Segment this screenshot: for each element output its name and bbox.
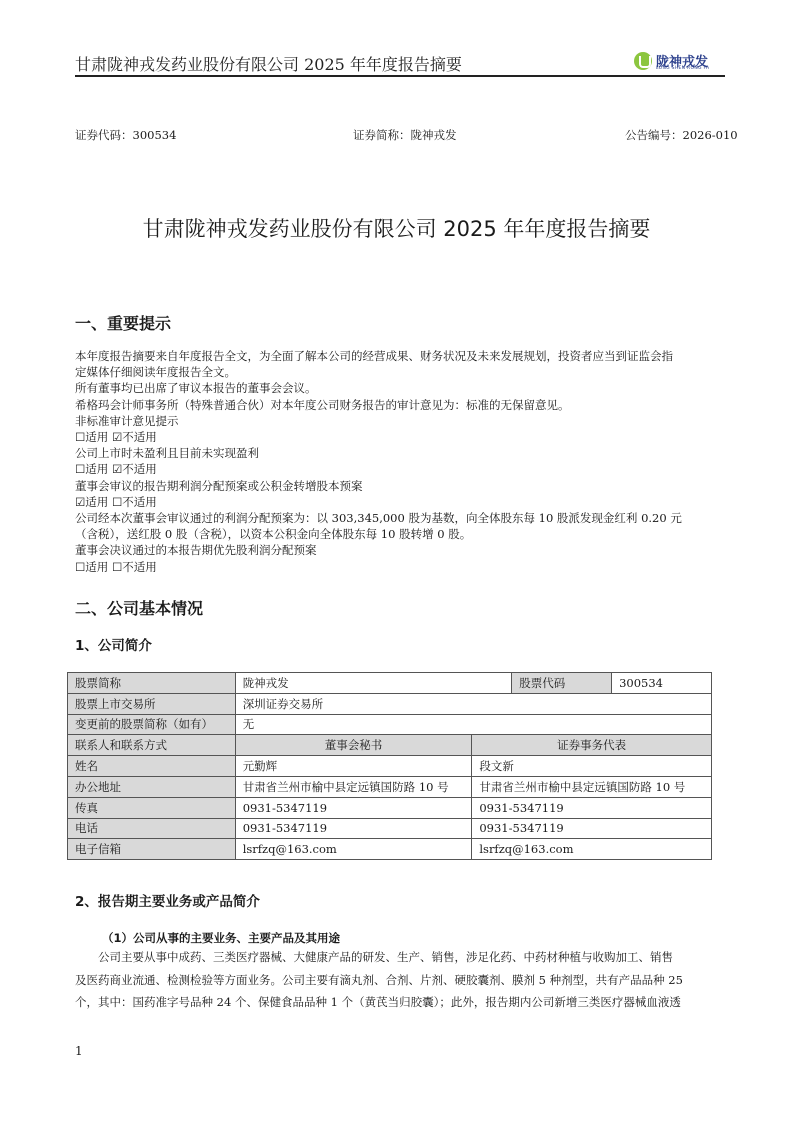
notice-line: 定媒体仔细阅读年度报告全文。 <box>75 364 720 380</box>
table-cell: 甘肃省兰州市榆中县定远镇国防路 10 号 <box>472 776 712 797</box>
table-label: 股票简称 <box>68 673 236 694</box>
section-company-basics-heading: 二、公司基本情况 <box>75 596 203 619</box>
table-row: 变更前的股票简称（如有） 无 <box>68 714 712 735</box>
section-important-notice-heading: 一、重要提示 <box>75 311 171 334</box>
table-cell: 段文新 <box>472 756 712 777</box>
body-line: 公司主要从事中成药、三类医疗器械、大健康产品的研发、生产、销售，涉足化药、中药材… <box>75 946 715 969</box>
table-row: 传真 0931-5347119 0931-5347119 <box>68 797 712 818</box>
table-row: 电子信箱 lsrfzq@163.com lsrfzq@163.com <box>68 839 712 860</box>
table-row: 股票简称 陇神戎发 股票代码 300534 <box>68 673 712 694</box>
table-label: 传真 <box>68 797 236 818</box>
notice-line: 公司经本次董事会审议通过的利润分配预案为：以 303,345,000 股为基数，… <box>75 510 720 526</box>
company-logo: 陇神戎发 LONG SHEN RONG FA <box>634 51 726 73</box>
main-business-subheading: （1）公司从事的主要业务、主要产品及其用途 <box>102 930 340 946</box>
notice-line: 所有董事均已出席了审议本报告的董事会会议。 <box>75 380 720 396</box>
table-cell: 0931-5347119 <box>235 797 472 818</box>
important-notice-body: 本年度报告摘要来自年度报告全文，为全面了解本公司的经营成果、财务状况及未来发展规… <box>75 348 720 575</box>
table-label: 股票上市交易所 <box>68 693 236 714</box>
checkbox-line: ☑适用 ☐不适用 <box>75 494 720 510</box>
main-business-body: 公司主要从事中成药、三类医疗器械、大健康产品的研发、生产、销售，涉足化药、中药材… <box>75 946 715 1014</box>
table-cell: 元勤辉 <box>235 756 472 777</box>
table-label: 办公地址 <box>68 776 236 797</box>
table-cell: 陇神戎发 <box>235 673 512 694</box>
table-label: 联系人和联系方式 <box>68 735 236 756</box>
page-number: 1 <box>75 1044 83 1058</box>
announcement-number: 公告编号：2026-010 <box>625 127 738 143</box>
body-line: 及医药商业流通、检测检验等方面业务。公司主要有滴丸剂、合剂、片剂、硬胶囊剂、膜剂… <box>75 969 715 992</box>
logo-mark-icon <box>634 52 652 70</box>
notice-line: 希格玛会计师事务所（特殊普通合伙）对本年度公司财务报告的审计意见为：标准的无保留… <box>75 397 720 413</box>
table-label: 电子信箱 <box>68 839 236 860</box>
table-cell: lsrfzq@163.com <box>472 839 712 860</box>
table-column-header: 董事会秘书 <box>235 735 472 756</box>
notice-line: 公司上市时未盈利且目前未实现盈利 <box>75 445 720 461</box>
table-cell: 甘肃省兰州市榆中县定远镇国防路 10 号 <box>235 776 472 797</box>
table-label: 股票代码 <box>512 673 612 694</box>
table-cell: lsrfzq@163.com <box>235 839 472 860</box>
table-cell: 300534 <box>612 673 712 694</box>
logo-text-en: LONG SHEN RONG FA <box>656 66 709 71</box>
table-cell: 0931-5347119 <box>472 797 712 818</box>
table-cell: 0931-5347119 <box>235 818 472 839</box>
notice-line: 本年度报告摘要来自年度报告全文，为全面了解本公司的经营成果、财务状况及未来发展规… <box>75 348 720 364</box>
main-business-heading: 2、报告期主要业务或产品简介 <box>75 890 260 910</box>
company-profile-heading: 1、公司简介 <box>75 634 152 654</box>
table-row: 办公地址 甘肃省兰州市榆中县定远镇国防路 10 号 甘肃省兰州市榆中县定远镇国防… <box>68 776 712 797</box>
table-cell: 0931-5347119 <box>472 818 712 839</box>
table-label: 变更前的股票简称（如有） <box>68 714 236 735</box>
table-row: 姓名 元勤辉 段文新 <box>68 756 712 777</box>
notice-line: 董事会决议通过的本报告期优先股利润分配预案 <box>75 542 720 558</box>
table-label: 姓名 <box>68 756 236 777</box>
checkbox-line: ☐适用 ☐不适用 <box>75 559 720 575</box>
table-row: 股票上市交易所 深圳证券交易所 <box>68 693 712 714</box>
notice-line: 非标准审计意见提示 <box>75 413 720 429</box>
checkbox-line: ☐适用 ☑不适用 <box>75 461 720 477</box>
stock-abbreviation: 证券简称：陇神戎发 <box>353 127 457 143</box>
running-header-title: 甘肃陇神戎发药业股份有限公司 2025 年年度报告摘要 <box>75 52 462 75</box>
table-row: 电话 0931-5347119 0931-5347119 <box>68 818 712 839</box>
header-divider <box>75 75 725 77</box>
notice-line: （含税），送红股 0 股（含税），以资本公积金向全体股东每 10 股转增 0 股… <box>75 526 720 542</box>
company-profile-table: 股票简称 陇神戎发 股票代码 300534 股票上市交易所 深圳证券交易所 变更… <box>67 672 712 860</box>
checkbox-line: ☐适用 ☑不适用 <box>75 429 720 445</box>
table-label: 电话 <box>68 818 236 839</box>
document-title: 甘肃陇神戎发药业股份有限公司 2025 年年度报告摘要 <box>0 213 793 243</box>
stock-code: 证券代码：300534 <box>75 127 176 143</box>
table-header-row: 联系人和联系方式 董事会秘书 证券事务代表 <box>68 735 712 756</box>
notice-line: 董事会审议的报告期利润分配预案或公积金转增股本预案 <box>75 478 720 494</box>
table-cell: 无 <box>235 714 711 735</box>
table-cell: 深圳证券交易所 <box>235 693 711 714</box>
body-line: 个，其中：国药准字号品种 24 个、保健食品品种 1 个（黄芪当归胶囊）；此外，… <box>75 991 715 1014</box>
table-column-header: 证券事务代表 <box>472 735 712 756</box>
